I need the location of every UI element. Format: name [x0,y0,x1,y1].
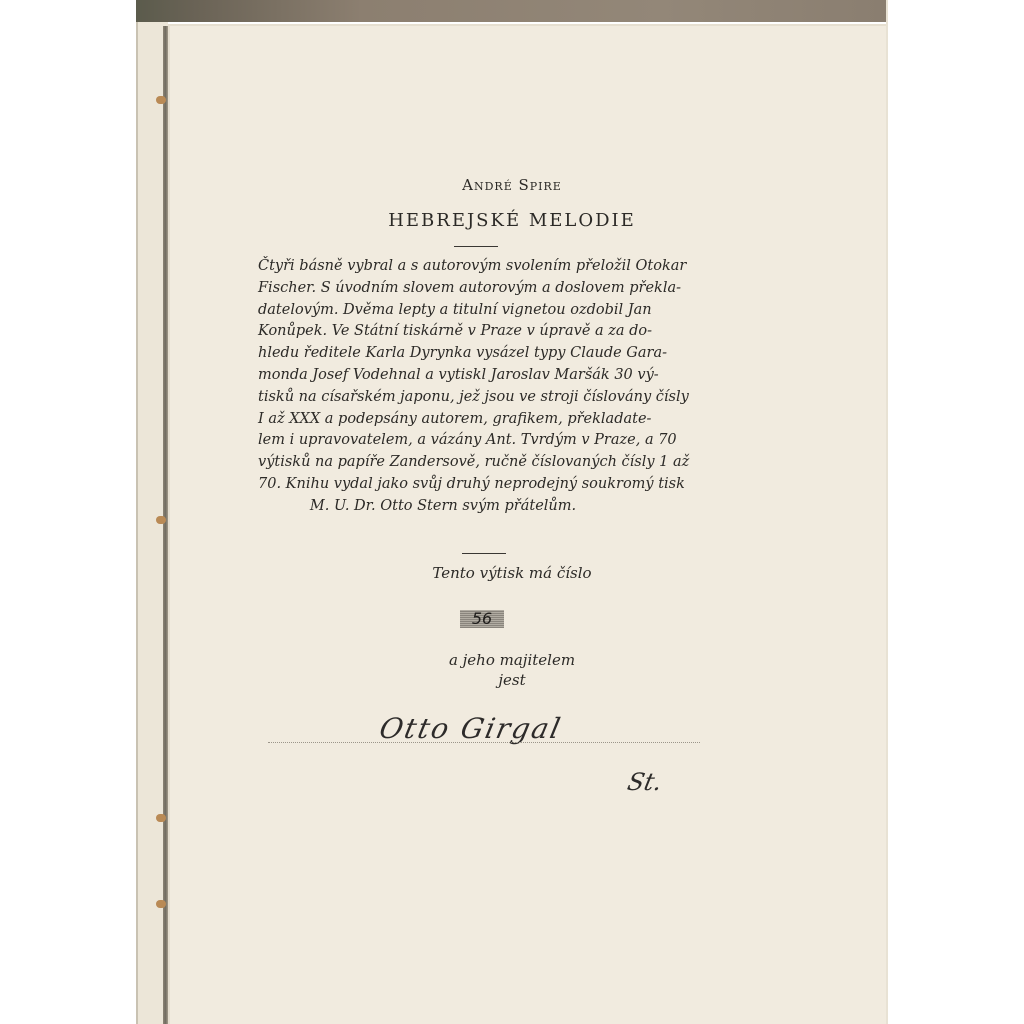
binding-thread [156,814,166,822]
page-right-edge [886,0,888,1024]
colophon-line: monda Josef Vodehnal a vytiskl Jaroslav … [258,365,628,387]
binding-thread [156,900,166,908]
colophon-line: Konůpek. Ve Státní tiskárně v Praze v úp… [258,321,628,343]
colophon-line: Fischer. S úvodním slovem autorovým a do… [258,278,628,300]
colophon-line: I až XXX a podepsány autorem, grafikem, … [258,409,628,431]
colophon-line: 70. Knihu vydal jako svůj druhý neprodej… [258,474,628,496]
book-cover-edge [136,0,888,22]
edition-label: Tento výtisk má číslo [0,564,1024,582]
colophon-text: Čtyři básně vybral a s autorovým svolení… [258,256,628,518]
colophon-line: datelovým. Dvěma lepty a titulní vigneto… [258,300,628,322]
binding-thread [156,516,166,524]
book-title: HEBREJSKÉ MELODIE [0,210,1024,231]
owner-label-line: a jeho majitelem [0,650,1024,670]
handwritten-initials: St. [625,768,665,796]
signature-line [268,742,700,743]
divider-rule [454,246,498,247]
owner-signature: Otto Girgal [376,712,565,745]
owner-label-line: jest [0,670,1024,690]
divider-rule [462,553,506,554]
binding-thread [156,96,166,104]
colophon-line: lem i upravovatelem, a vázány Ant. Tvrdý… [258,430,628,452]
colophon-line: M. U. Dr. Otto Stern svým přátelům. [258,496,628,518]
colophon-line: výtisků na papíře Zandersově, ručně čísl… [258,452,628,474]
edition-number: 56 [460,610,504,628]
book-page [168,24,886,1024]
colophon-line: tisků na císařském japonu, jež jsou ve s… [258,387,628,409]
owner-label: a jeho majitelem jest [0,650,1024,690]
colophon-line: hledu ředitele Karla Dyrynka vysázel typ… [258,343,628,365]
author-name: André Spire [0,176,1024,194]
colophon-line: Čtyři básně vybral a s autorovým svolení… [258,256,628,278]
